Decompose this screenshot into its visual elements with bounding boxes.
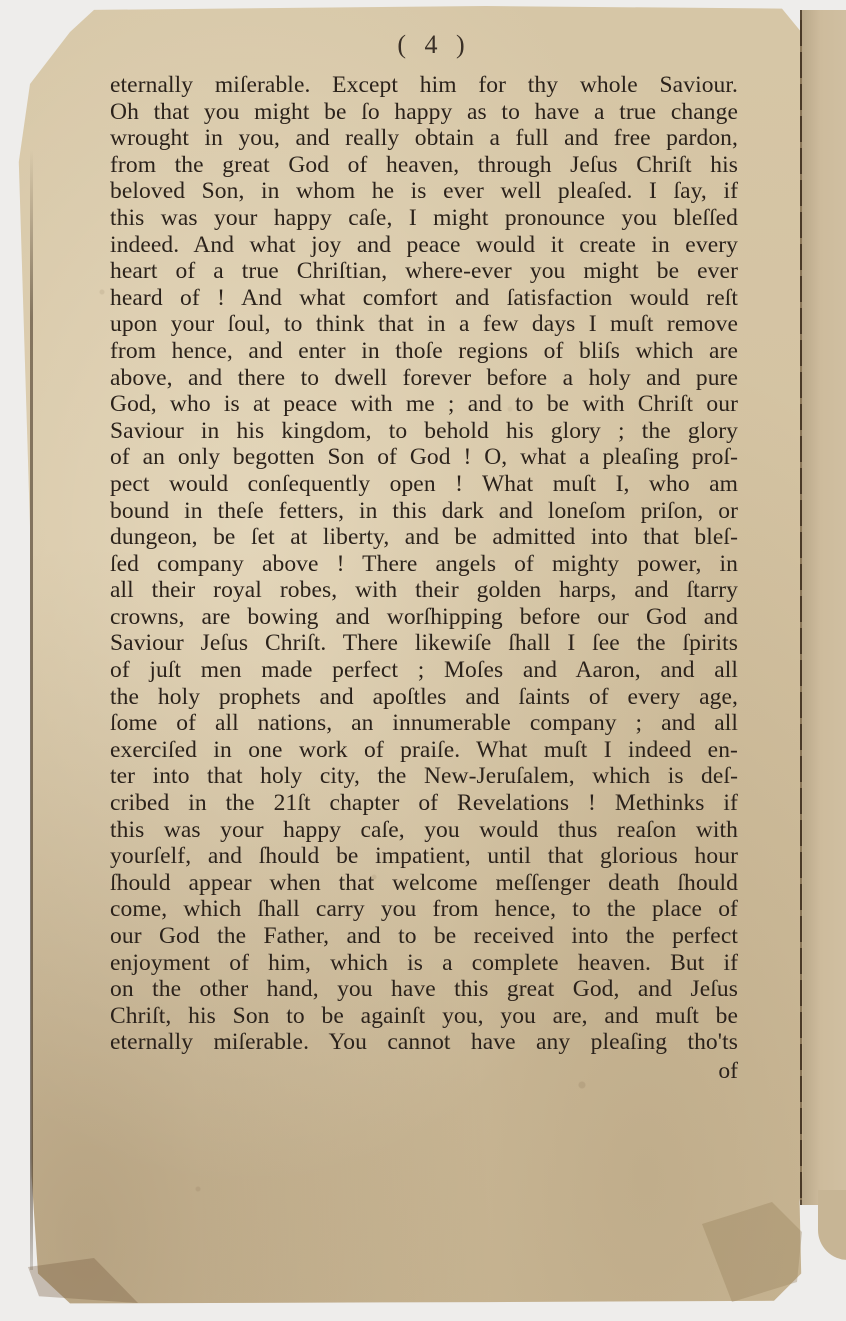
text-line: this was your happy caſe, I might pronou… — [110, 205, 738, 232]
text-line: crowns, are bowing and worſhipping befor… — [110, 604, 738, 631]
text-line: beloved Son, in whom he is ever well ple… — [110, 178, 738, 205]
text-line: upon your ſoul, to think that in a few d… — [110, 311, 738, 338]
text-line: our God the Father, and to be received i… — [110, 923, 738, 950]
adjacent-page-corner — [818, 1190, 846, 1260]
text-line: Saviour in his kingdom, to behold his gl… — [110, 418, 738, 445]
text-line: Saviour Jeſus Chriſt. There likewiſe ſha… — [110, 630, 738, 657]
text-line: indeed. And what joy and peace would it … — [110, 232, 738, 259]
text-line: of an only begotten Son of God ! O, what… — [110, 444, 738, 471]
text-line: all their royal robes, with their golden… — [110, 577, 738, 604]
text-line: enjoyment of him, which is a complete he… — [110, 950, 738, 977]
body-text: eternally miſerable. Except him for thy … — [110, 72, 738, 1056]
adjacent-page-edge — [800, 10, 846, 1205]
left-edge-shadow — [30, 150, 33, 1270]
page-number: ( 4 ) — [130, 28, 738, 62]
text-line: Chriſt, his Son to be againſt you, you a… — [110, 1003, 738, 1030]
text-line: of juſt men made perfect ; Moſes and Aar… — [110, 657, 738, 684]
text-line: heart of a true Chriſtian, where-ever yo… — [110, 258, 738, 285]
text-line: dungeon, be ſet at liberty, and be admit… — [110, 524, 738, 551]
text-line: pect would conſequently open ! What muſt… — [110, 471, 738, 498]
text-line: cribed in the 21ſt chapter of Revelation… — [110, 790, 738, 817]
text-line: from the great God of heaven, through Je… — [110, 152, 738, 179]
catchword: of — [110, 1058, 738, 1085]
text-block: ( 4 ) eternally miſerable. Except him fo… — [110, 28, 738, 1085]
text-line: wrought in you, and really obtain a full… — [110, 125, 738, 152]
text-line: bound in theſe fetters, in this dark and… — [110, 498, 738, 525]
text-line: on the other hand, you have this great G… — [110, 976, 738, 1003]
text-line: Oh that you might be ſo happy as to have… — [110, 99, 738, 126]
text-line: ſed company above ! There angels of migh… — [110, 551, 738, 578]
text-line: ſome of all nations, an innumerable comp… — [110, 710, 738, 737]
stitched-fold — [800, 20, 802, 1200]
text-line: heard of ! And what comfort and ſatisfac… — [110, 285, 738, 312]
text-line: ſhould appear when that welcome meſſenge… — [110, 870, 738, 897]
text-line: exerciſed in one work of praiſe. What mu… — [110, 737, 738, 764]
text-line: God, who is at peace with me ; and to be… — [110, 391, 738, 418]
text-line: the holy prophets and apoſtles and ſaint… — [110, 684, 738, 711]
text-line: eternally miſerable. You cannot have any… — [110, 1029, 738, 1056]
text-line: come, which ſhall carry you from hence, … — [110, 896, 738, 923]
text-line: from hence, and enter in thoſe regions o… — [110, 338, 738, 365]
text-line: eternally miſerable. Except him for thy … — [110, 72, 738, 99]
text-line: above, and there to dwell forever before… — [110, 365, 738, 392]
text-line: yourſelf, and ſhould be impatient, until… — [110, 843, 738, 870]
text-line: this was your happy caſe, you would thus… — [110, 817, 738, 844]
text-line: ter into that holy city, the New-Jeruſal… — [110, 763, 738, 790]
